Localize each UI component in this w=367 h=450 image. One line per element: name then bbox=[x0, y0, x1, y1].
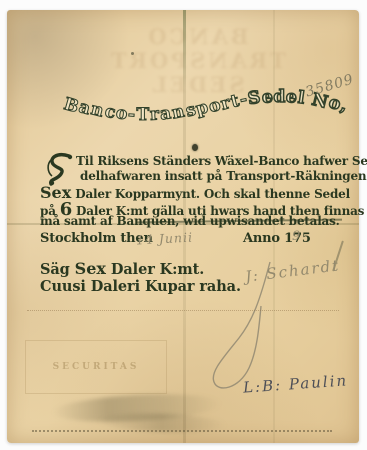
date-line: Stockholm then 14 Junii Anno 175 9 bbox=[40, 231, 350, 249]
anno-label: Anno 175 bbox=[243, 231, 311, 246]
seal-text: SECURITAS bbox=[53, 362, 140, 372]
ornamental-initial-icon bbox=[45, 152, 75, 186]
show-through-text: BANCO TRANSPORT SEDEL bbox=[57, 25, 337, 97]
say-label: Säg bbox=[40, 261, 75, 278]
banknote-photo: BANCO TRANSPORT SEDEL Banco-Transport-Se… bbox=[0, 0, 367, 450]
denomination-swedish: Säg Sex Daler K:mt. bbox=[40, 259, 204, 278]
handwritten-date: 14 Junii bbox=[136, 230, 194, 248]
body-line-2: delhafwaren insatt på Transport-Räkninge… bbox=[80, 169, 366, 183]
embossed-dotted-line-upper bbox=[27, 310, 339, 311]
body-line-5: må samt af Banquen, wid upwisandet betal… bbox=[40, 214, 340, 228]
ghost-line-1: BANCO TRANSPORT bbox=[57, 25, 337, 73]
say-rest: Daler K:mt. bbox=[106, 261, 204, 278]
handwritten-year: 9 bbox=[292, 229, 300, 244]
banknote-paper: BANCO TRANSPORT SEDEL Banco-Transport-Se… bbox=[7, 10, 359, 443]
small-ink-spot bbox=[131, 52, 134, 55]
body-line-1: Til Riksens Ständers Wäxel-Banco hafwer … bbox=[76, 154, 367, 168]
blind-embossed-seal: SECURITAS bbox=[25, 340, 167, 394]
banknote-title: Banco-Transport-Sedel No, bbox=[64, 96, 348, 116]
say-amount: Sex bbox=[75, 259, 106, 278]
ink-blot bbox=[192, 144, 198, 151]
